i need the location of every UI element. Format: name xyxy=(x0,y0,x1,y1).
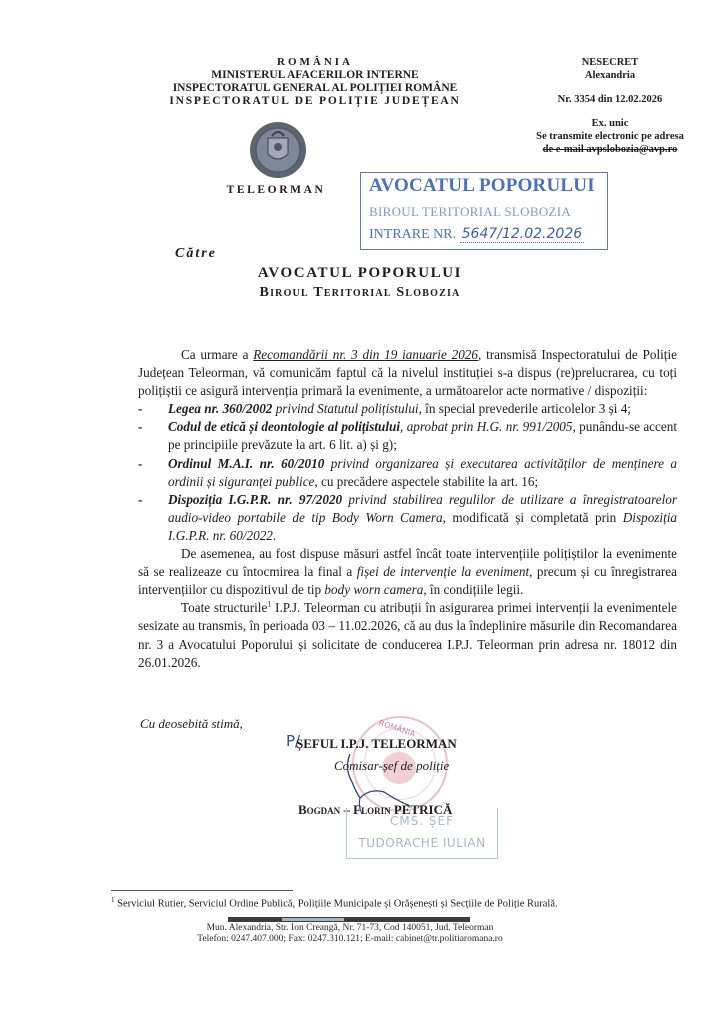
classification-label: NESECRET xyxy=(500,56,720,69)
list-item: Dispoziția I.G.P.R. nr. 97/2020 privind … xyxy=(168,491,677,545)
police-coat-of-arms-icon xyxy=(238,120,318,180)
footer-phone-email: Telefon: 0247.407.000; Fax: 0247.310.121… xyxy=(160,934,540,945)
normative-acts-list: Legea nr. 360/2002 privind Statutul poli… xyxy=(138,400,677,545)
county-name: TELEORMAN xyxy=(216,184,336,196)
recipient-name: AVOCATUL POPORULUI xyxy=(150,262,570,284)
to-label: Către xyxy=(175,246,217,262)
footnote: 1 Serviciul Rutier, Serviciul Ordine Pub… xyxy=(111,896,558,910)
city-label: Alexandria xyxy=(500,69,720,82)
transmission-note: Se transmite electronic pe adresa xyxy=(500,130,720,143)
footnote-divider xyxy=(111,890,293,891)
recipient-office: Biroul Teritorial Slobozia xyxy=(150,284,570,302)
stamp-entry-label: INTRARE NR. xyxy=(369,227,456,242)
copies-label: Ex. unic xyxy=(500,117,720,130)
footer-divider-bar xyxy=(228,917,470,922)
name-stamp: CMS. ȘEF TUDORACHE IULIAN xyxy=(346,808,498,859)
list-item: Ordinul M.A.I. nr. 60/2010 privind organ… xyxy=(168,455,677,491)
transmission-email: de e-mail avpslobozia@avp.ro xyxy=(500,143,720,156)
letter-body: Ca urmare a Recomandării nr. 3 din 19 ia… xyxy=(138,346,677,672)
general-inspectorate-name: INSPECTORATUL GENERAL AL POLIȚIEI ROMÂNE xyxy=(150,82,480,95)
registration-number: Nr. 3354 din 12.02.2026 xyxy=(500,93,720,106)
paragraph-measures: De asemenea, au fost dispuse măsuri astf… xyxy=(138,545,677,599)
stamp-title: AVOCATUL POPORULUI xyxy=(369,175,595,197)
paragraph-intro: Ca urmare a Recomandării nr. 3 din 19 ia… xyxy=(138,346,677,400)
list-item: Codul de etică și deontologie al polițis… xyxy=(168,418,677,454)
footer-contact: Mun. Alexandria, Str. Ion Creangă, Nr. 7… xyxy=(160,923,540,945)
salutation: Cu deosebită stimă, xyxy=(140,716,243,732)
footer-address: Mun. Alexandria, Str. Ion Creangă, Nr. 7… xyxy=(160,923,540,934)
registration-stamp: AVOCATUL POPORULUI BIROUL TERITORIAL SLO… xyxy=(360,172,608,250)
list-item: Legea nr. 360/2002 privind Statutul poli… xyxy=(168,400,677,418)
issuer-header: ROMÂNIA MINISTERUL AFACERILOR INTERNE IN… xyxy=(150,56,480,108)
county-inspectorate-name: INSPECTORATUL DE POLIȚIE JUDEȚEAN xyxy=(150,95,480,108)
stamp-entry-value: 5647/12.02.2026 xyxy=(460,226,585,243)
name-stamp-rank: CMS. ȘEF xyxy=(347,814,497,828)
recommendation-reference: Recomandării nr. 3 din 19 ianuarie 2026 xyxy=(253,347,478,362)
recipient-block: AVOCATUL POPORULUI Biroul Teritorial Slo… xyxy=(150,262,570,302)
stamp-office: BIROUL TERITORIAL SLOBOZIA xyxy=(369,204,571,220)
document-meta: NESECRET Alexandria Nr. 3354 din 12.02.2… xyxy=(500,56,720,156)
country-name: ROMÂNIA xyxy=(150,56,480,69)
name-stamp-name: TUDORACHE IULIAN xyxy=(347,836,497,850)
stamp-entry: INTRARE NR. 5647/12.02.2026 xyxy=(369,226,584,243)
ministry-name: MINISTERUL AFACERILOR INTERNE xyxy=(150,69,480,82)
paragraph-structures: Toate structurile1 I.P.J. Teleorman cu a… xyxy=(138,599,677,671)
